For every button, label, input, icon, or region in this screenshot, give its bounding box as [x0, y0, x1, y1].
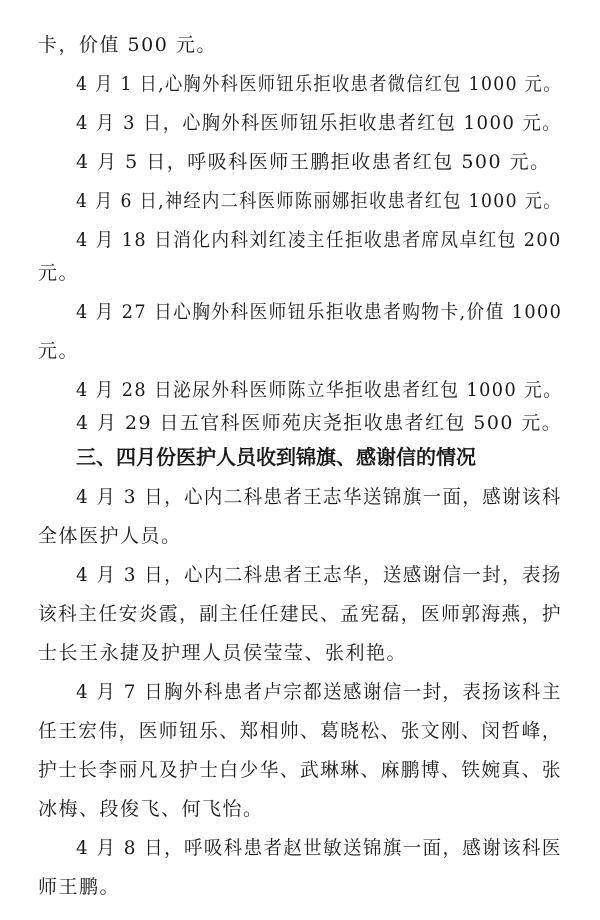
text-line: 元。 — [38, 261, 562, 285]
text-line: 该科主任安炎霞，副主任任建民、孟宪磊，医师郭海燕，护 — [38, 602, 553, 626]
text-line: 4 月 1 日,心胸外科医师钮乐拒收患者微信红包 1000 元。 — [76, 72, 516, 96]
text-line: 4 月 28 日泌尿外科医师陈立华拒收患者红包 1000 元。 — [76, 378, 528, 402]
text-line: 师王鹏。 — [38, 875, 562, 899]
text-line: 4 月 3 日，心内二科患者王志华，送感谢信一封，表扬 — [76, 563, 547, 587]
text-line: 4 月 6 日,神经内二科医师陈丽娜拒收患者红包 1000 元。 — [76, 189, 516, 213]
text-line: 4 月 3 日，心胸外科医师钮乐拒收患者红包 1000 元。 — [76, 111, 540, 135]
text-line: 4 月 5 日，呼吸科医师王鹏拒收患者红包 500 元。 — [76, 150, 562, 174]
text-line: 4 月 3 日，心内二科患者王志华送锦旗一面，感谢该科 — [76, 485, 547, 509]
text-line: 士长王永捷及护理人员侯莹莹、张利艳。 — [38, 641, 562, 665]
text-line: 4 月 8 日，呼吸科患者赵世敏送锦旗一面，感谢该科医 — [76, 836, 547, 860]
text-line: 4 月 29 日五官科医师苑庆尧拒收患者红包 500 元。 — [76, 411, 560, 435]
text-line: 任王宏伟，医师钮乐、郑相帅、葛晓松、张文刚、闵哲峰， — [38, 719, 553, 743]
text-line: 全体医护人员。 — [38, 524, 562, 548]
text-line: 护士长李丽凡及护士白少华、武琳琳、麻鹏博、铁婉真、张 — [38, 758, 553, 782]
text-line: 冰梅、段俊飞、何飞怡。 — [38, 797, 562, 821]
text-line: 4 月 7 日胸外科患者卢宗都送感谢信一封，表扬该科主 — [76, 680, 547, 704]
text-line: 4 月 18 日消化内科刘红凌主任拒收患者席凤卓红包 200 — [76, 228, 528, 252]
text-line: 元。 — [38, 339, 562, 363]
text-line: 4 月 27 日心胸外科医师钮乐拒收患者购物卡,价值 1000 — [76, 300, 528, 324]
section-heading: 三、四月份医护人员收到锦旗、感谢信的情况 — [76, 445, 562, 469]
text-line: 卡，价值 500 元。 — [38, 33, 562, 57]
